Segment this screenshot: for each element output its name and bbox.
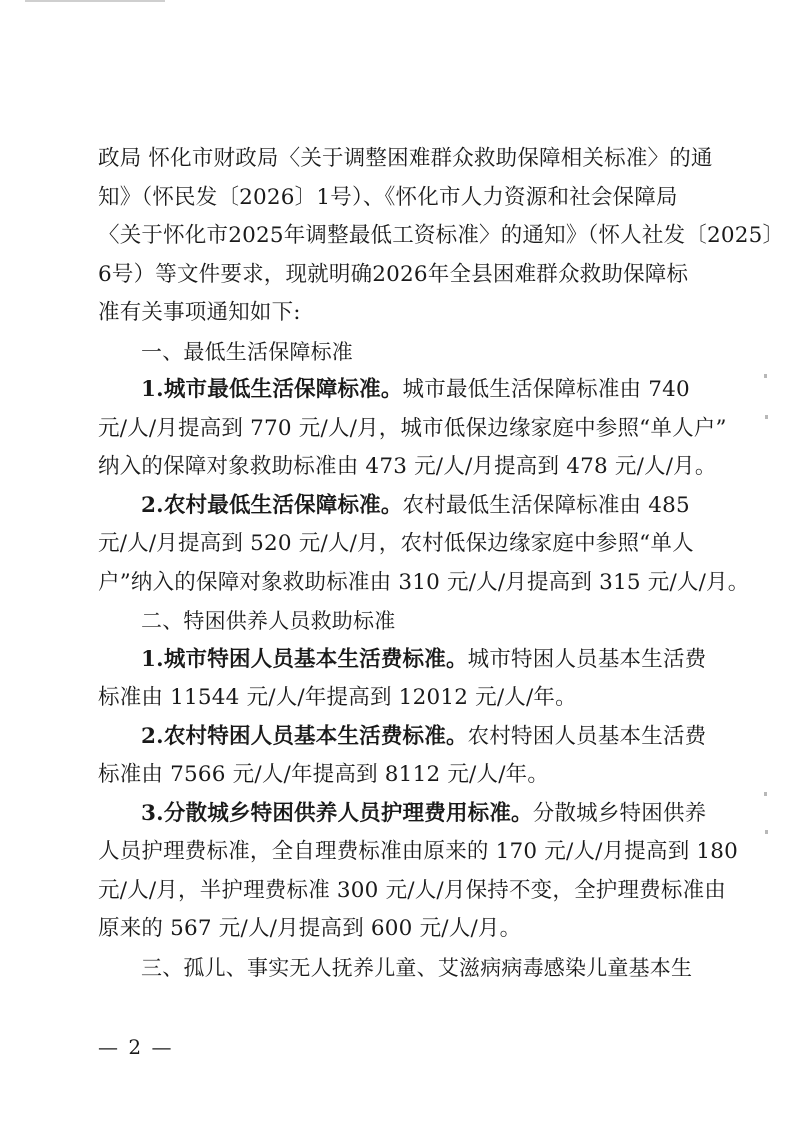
item-line: 户”纳入的保障对象救助标准由 310 元/人/月提高到 315 元/人/月。 — [98, 564, 710, 603]
section-heading-1: 一、最低生活保障标准 — [98, 333, 710, 372]
item-line: 原来的 567 元/人/月提高到 600 元/人/月。 — [98, 910, 710, 949]
item-text: 农村特困人员基本生活费 — [468, 724, 707, 749]
item-text: 分散城乡特困供养 — [533, 801, 707, 826]
item-text: 城市特困人员基本生活费 — [468, 647, 707, 672]
item-first-line: 3.分散城乡特困供养人员护理费用标准。分散城乡特困供养 — [98, 795, 710, 834]
item-line: 元/人/月提高到 770 元/人/月，城市低保边缘家庭中参照“单人户” — [98, 410, 710, 449]
intro-line: 〈关于怀化市2025年调整最低工资标准〉的通知》（怀人社发〔2025〕 — [98, 217, 710, 256]
item-title: 1.城市特困人员基本生活费标准。 — [141, 647, 468, 672]
item-line: 人员护理费标准，全自理费标准由原来的 170 元/人/月提高到 180 — [98, 833, 710, 872]
item-line: 标准由 7566 元/人/年提高到 8112 元/人/年。 — [98, 756, 710, 795]
scan-margin-mark — [765, 415, 768, 419]
item-title: 2.农村最低生活保障标准。 — [141, 493, 403, 518]
item-first-line: 1.城市最低生活保障标准。城市最低生活保障标准由 740 — [98, 371, 710, 410]
item-text: 农村最低生活保障标准由 485 — [403, 493, 690, 518]
scan-margin-mark — [764, 792, 767, 796]
item-first-line: 2.农村特困人员基本生活费标准。农村特困人员基本生活费 — [98, 718, 710, 757]
intro-line: 政局 怀化市财政局〈关于调整困难群众救助保障相关标准〉的通 — [98, 140, 710, 179]
section-heading-2: 二、特困供养人员救助标准 — [98, 602, 710, 641]
item-line: 标准由 11544 元/人/年提高到 12012 元/人/年。 — [98, 679, 710, 718]
document-body: 政局 怀化市财政局〈关于调整困难群众救助保障相关标准〉的通 知》（怀民发〔202… — [98, 140, 710, 987]
section-heading-3: 三、孤儿、事实无人抚养儿童、艾滋病病毒感染儿童基本生 — [98, 949, 710, 988]
item-line: 纳入的保障对象救助标准由 473 元/人/月提高到 478 元/人/月。 — [98, 448, 710, 487]
item-text: 城市最低生活保障标准由 740 — [403, 377, 690, 402]
item-first-line: 1.城市特困人员基本生活费标准。城市特困人员基本生活费 — [98, 641, 710, 680]
intro-line: 知》（怀民发〔2026〕1号）、《怀化市人力资源和社会保障局 — [98, 179, 710, 218]
item-line: 元/人/月，半护理费标准 300 元/人/月保持不变，全护理费标准由 — [98, 872, 710, 911]
scan-margin-mark — [765, 830, 768, 834]
scan-margin-mark — [764, 374, 767, 378]
item-first-line: 2.农村最低生活保障标准。农村最低生活保障标准由 485 — [98, 487, 710, 526]
item-line: 元/人/月提高到 520 元/人/月，农村低保边缘家庭中参照“单人 — [98, 525, 710, 564]
item-title: 1.城市最低生活保障标准。 — [141, 377, 403, 402]
item-title: 3.分散城乡特困供养人员护理费用标准。 — [141, 801, 533, 826]
page-number: — 2 — — [98, 1035, 173, 1059]
item-title: 2.农村特困人员基本生活费标准。 — [141, 724, 468, 749]
scan-edge-artifact — [25, 0, 165, 2]
intro-line: 6号）等文件要求，现就明确2026年全县困难群众救助保障标 — [98, 256, 710, 295]
intro-line: 准有关事项通知如下: — [98, 294, 710, 333]
